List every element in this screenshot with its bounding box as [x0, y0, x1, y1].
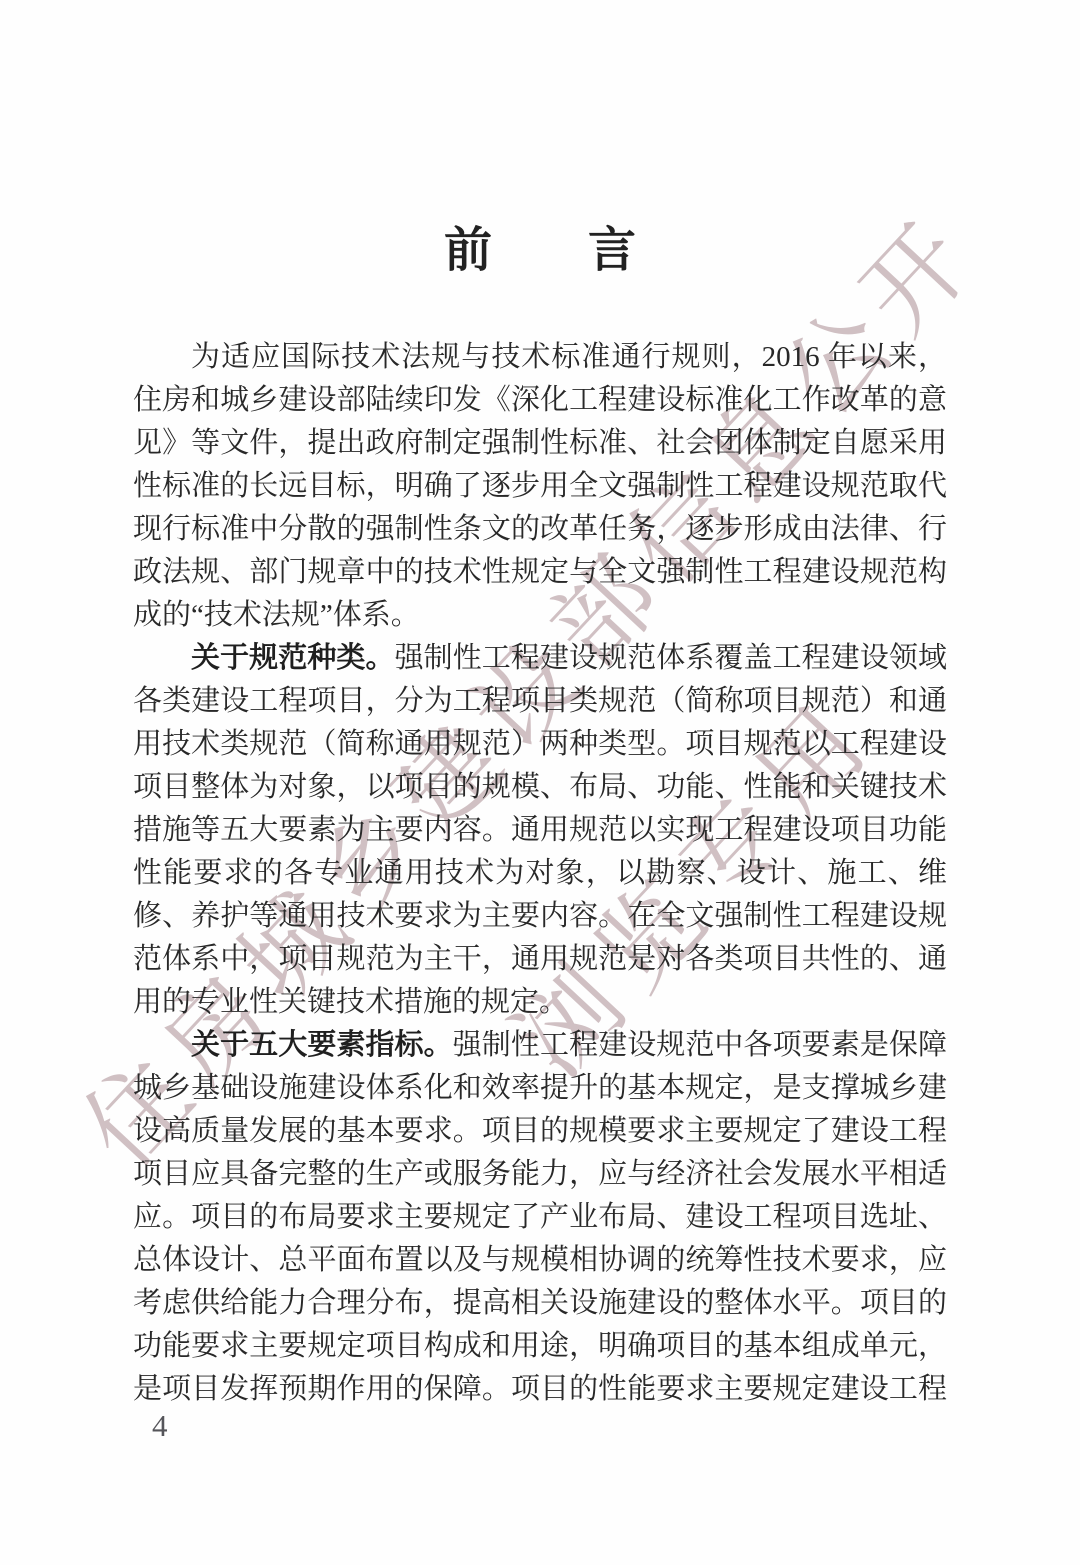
- text-run: 强制性工程建设规范中各项要素是保障: [453, 1029, 947, 1061]
- text-line: 修、养护等通用技术要求为主要内容。在全文强制性工程建设规: [133, 895, 947, 938]
- text-line: 关于规范种类。强制性工程建设规范体系覆盖工程建设领域: [133, 637, 947, 680]
- text-line: 项目应具备完整的生产或服务能力，应与经济社会发展水平相适: [133, 1153, 947, 1196]
- text-line: 政法规、部门规章中的技术性规定与全文强制性工程建设规范构: [133, 551, 947, 594]
- text-line: 为适应国际技术法规与技术标准通行规则，2016 年以来，: [133, 336, 947, 379]
- paragraph-lead: 关于五大要素指标。: [191, 1029, 453, 1061]
- text-line: 考虑供给能力合理分布，提高相关设施建设的整体水平。项目的: [133, 1282, 947, 1325]
- text-line: 用的专业性关键技术措施的规定。: [133, 981, 947, 1024]
- text-line: 各类建设工程项目，分为工程项目类规范（简称项目规范）和通: [133, 680, 947, 723]
- document-page: 住房城乡建设部信息公开 浏览专用 前 言 为适应国际技术法规与技术标准通行规则，…: [0, 0, 1080, 1565]
- text-line: 住房和城乡建设部陆续印发《深化工程建设标准化工作改革的意: [133, 379, 947, 422]
- page-title: 前 言: [0, 222, 1080, 280]
- page-number: 4: [152, 1408, 168, 1444]
- text-line: 是项目发挥预期作用的保障。项目的性能要求主要规定建设工程: [133, 1368, 947, 1411]
- text-line: 成的“技术法规”体系。: [133, 594, 947, 637]
- text-run: 强制性工程建设规范体系覆盖工程建设领域: [395, 642, 947, 674]
- text-line: 应。项目的布局要求主要规定了产业布局、建设工程项目选址、: [133, 1196, 947, 1239]
- text-line: 功能要求主要规定项目构成和用途，明确项目的基本组成单元，: [133, 1325, 947, 1368]
- text-line: 总体设计、总平面布置以及与规模相协调的统筹性技术要求，应: [133, 1239, 947, 1282]
- text-line: 设高质量发展的基本要求。项目的规模要求主要规定了建设工程: [133, 1110, 947, 1153]
- text-line: 性能要求的各专业通用技术为对象，以勘察、设计、施工、维: [133, 852, 947, 895]
- text-line: 范体系中，项目规范为主干，通用规范是对各类项目共性的、通: [133, 938, 947, 981]
- text-line: 现行标准中分散的强制性条文的改革任务，逐步形成由法律、行: [133, 508, 947, 551]
- text-line: 项目整体为对象，以项目的规模、布局、功能、性能和关键技术: [133, 766, 947, 809]
- paragraph-lead: 关于规范种类。: [191, 642, 395, 674]
- body-text: 为适应国际技术法规与技术标准通行规则，2016 年以来， 住房和城乡建设部陆续印…: [133, 336, 947, 1411]
- text-line: 措施等五大要素为主要内容。通用规范以实现工程建设项目功能: [133, 809, 947, 852]
- text-line: 城乡基础设施建设体系化和效率提升的基本规定，是支撑城乡建: [133, 1067, 947, 1110]
- text-line: 见》等文件，提出政府制定强制性标准、社会团体制定自愿采用: [133, 422, 947, 465]
- text-line: 性标准的长远目标，明确了逐步用全文强制性工程建设规范取代: [133, 465, 947, 508]
- text-line: 用技术类规范（简称通用规范）两种类型。项目规范以工程建设: [133, 723, 947, 766]
- text-line: 关于五大要素指标。强制性工程建设规范中各项要素是保障: [133, 1024, 947, 1067]
